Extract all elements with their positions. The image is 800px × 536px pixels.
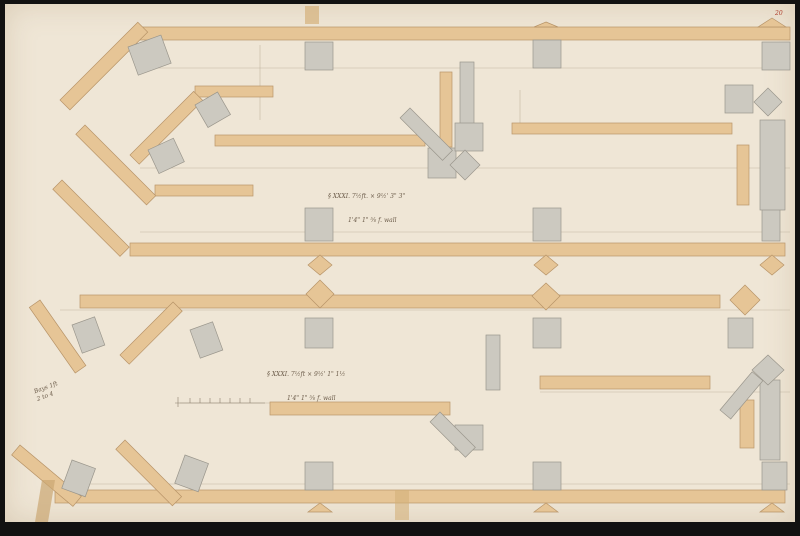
annotation-line: 1'4" 1" ⅝ f. wall	[328, 217, 405, 225]
upper-annotation: § XXXI. 7½ft. × 9½' 3" 3" 1'4" 1" ⅝ f. w…	[328, 177, 405, 233]
sheet-number: 20	[775, 10, 783, 18]
scale-bar	[175, 397, 265, 407]
middle-annotation: § XXXI. 7½ft × 9½' 1" 1½ 1'4" 1" ⅝ f. wa…	[267, 355, 345, 411]
drawing-sheet: § XXXI. 7½ft. × 9½' 3" 3" 1'4" 1" ⅝ f. w…	[5, 4, 795, 522]
ochre-diagonal-segments	[12, 22, 203, 506]
plan-drawing	[5, 4, 795, 522]
grey-pier-blocks	[62, 35, 790, 497]
diamond-joints	[306, 18, 786, 512]
annotation-line: § XXXI. 7½ft. × 9½' 3" 3"	[328, 193, 405, 201]
ochre-wall-segments	[55, 27, 790, 503]
annotation-line: 1'4" 1" ⅝ f. wall	[267, 395, 345, 403]
annotation-line: § XXXI. 7½ft × 9½' 1" 1½	[267, 371, 345, 379]
pencil-guidelines	[60, 45, 790, 484]
